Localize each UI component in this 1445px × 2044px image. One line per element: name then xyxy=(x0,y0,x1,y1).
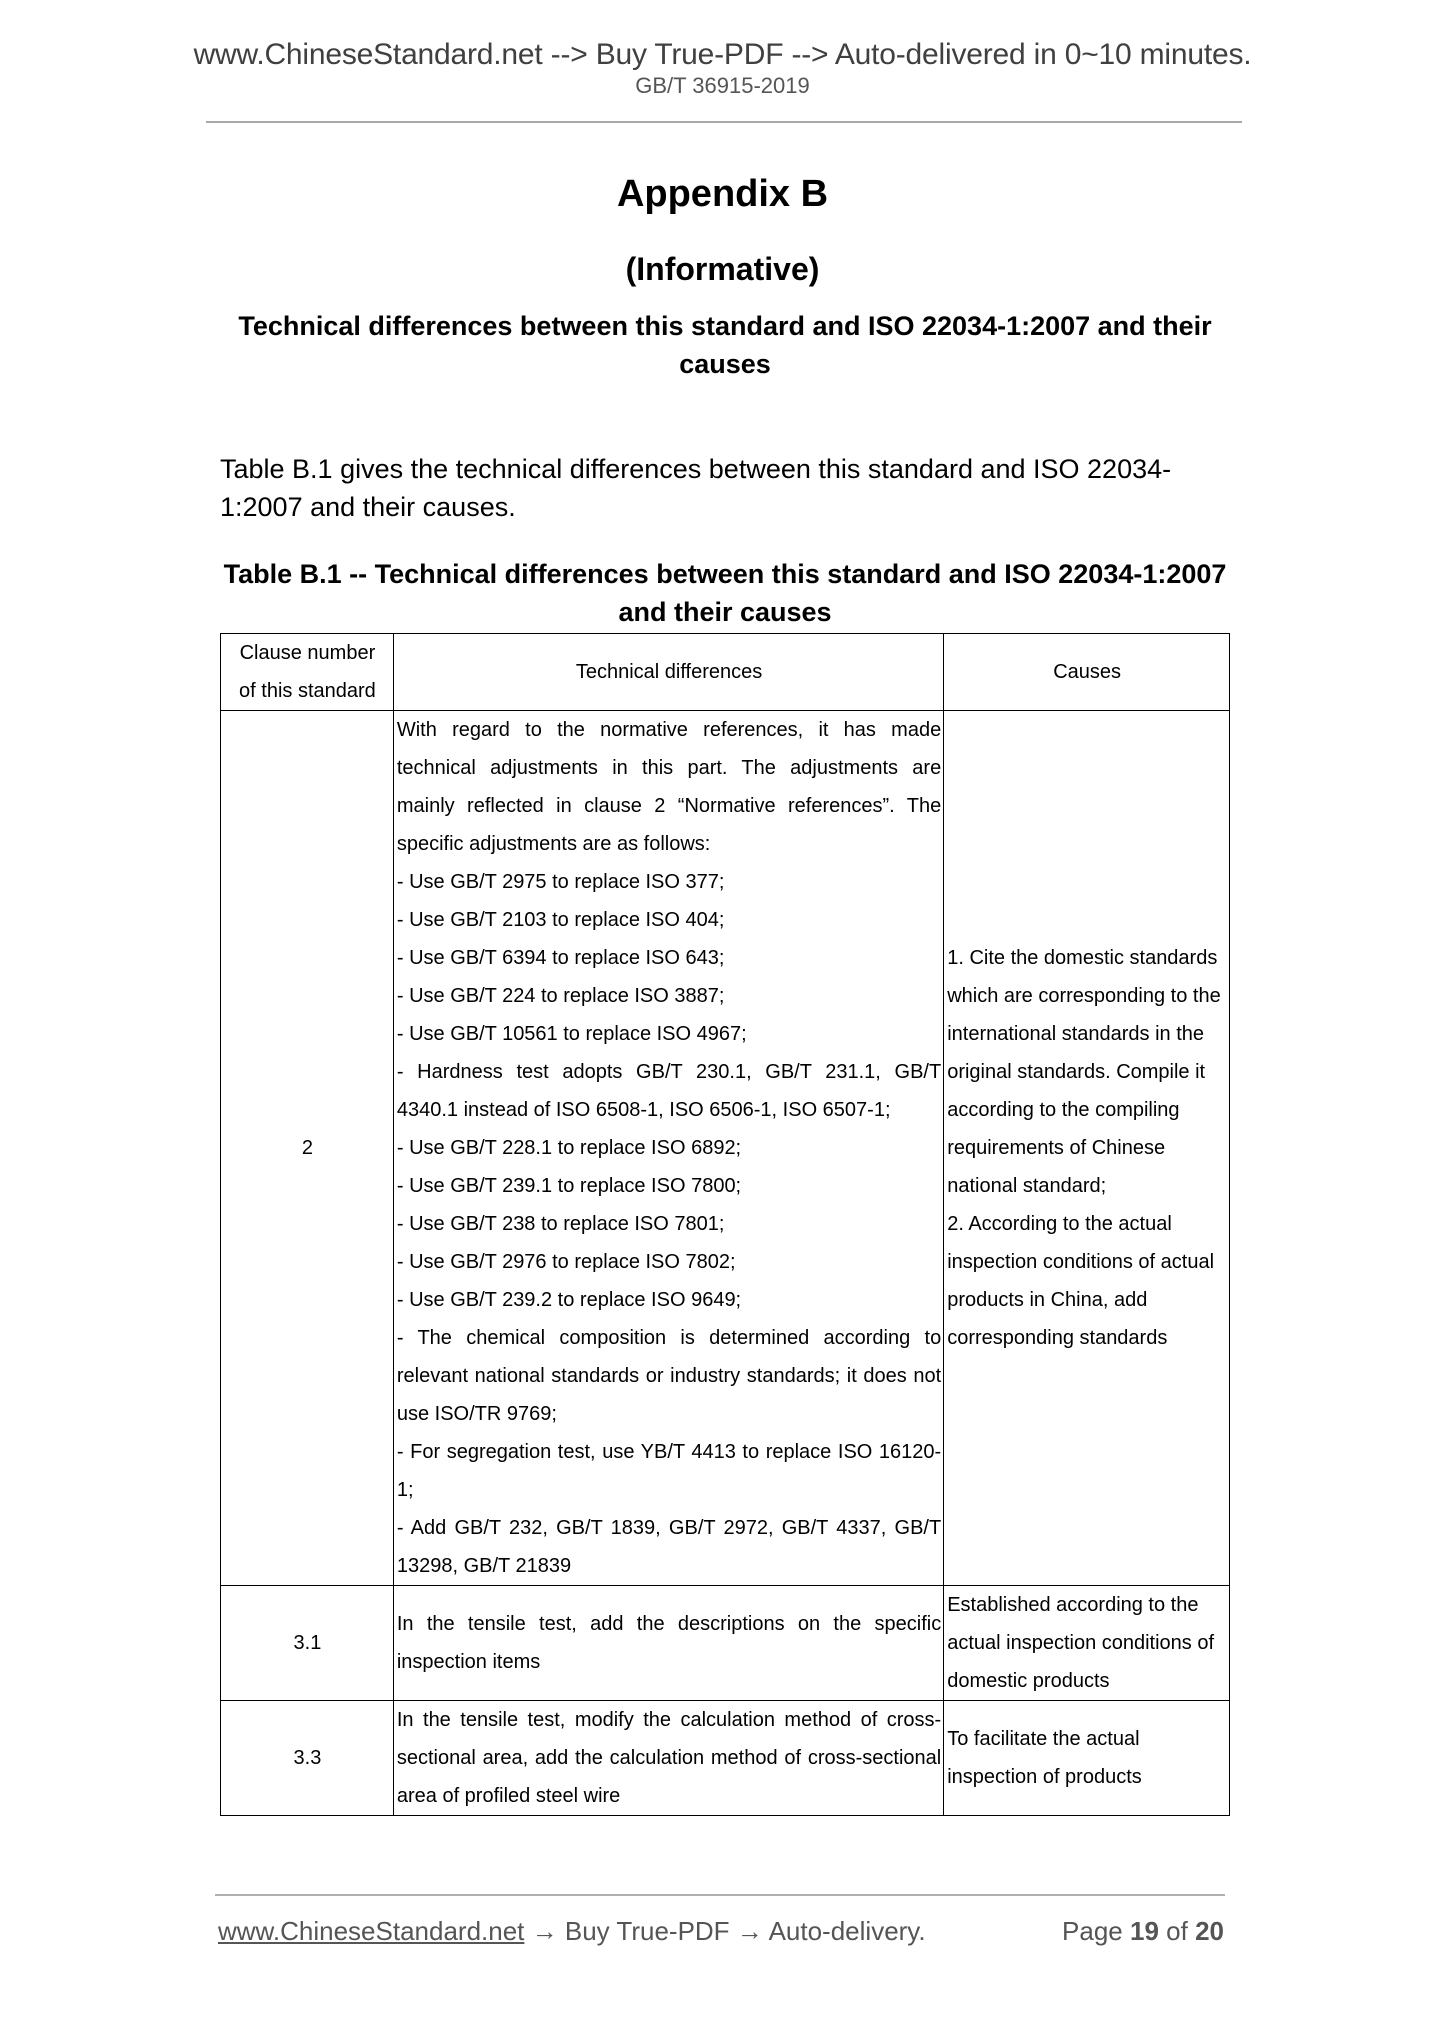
table-row: 2With regard to the normative references… xyxy=(221,711,1230,1586)
difference-item: - Use GB/T 2103 to replace ISO 404; xyxy=(397,901,941,939)
difference-item: - For segregation test, use YB/T 4413 to… xyxy=(397,1433,941,1509)
page-current: 19 xyxy=(1130,1916,1159,1946)
technical-differences-cell: With regard to the normative references,… xyxy=(393,711,943,1586)
footer-divider xyxy=(215,1894,1225,1896)
clause-number-cell: 2 xyxy=(221,711,394,1586)
technical-differences-cell: In the tensile test, add the description… xyxy=(393,1586,943,1701)
appendix-subtitle: Technical differences between this stand… xyxy=(220,307,1230,383)
difference-item: - Use GB/T 224 to replace ISO 3887; xyxy=(397,977,941,1015)
causes-cell: Established according to the actual insp… xyxy=(944,1586,1230,1701)
header-technical-differences: Technical differences xyxy=(393,634,943,711)
cause-item: Established according to the actual insp… xyxy=(947,1586,1227,1700)
appendix-title: Appendix B xyxy=(0,172,1445,216)
top-banner: www.ChineseStandard.net --> Buy True-PDF… xyxy=(0,38,1445,72)
header-clause-line1: Clause number xyxy=(224,634,391,672)
table-body: 2With regard to the normative references… xyxy=(221,711,1230,1816)
difference-item: - Use GB/T 2975 to replace ISO 377; xyxy=(397,863,941,901)
appendix-type: (Informative) xyxy=(0,250,1445,288)
difference-item: - Add GB/T 232, GB/T 1839, GB/T 2972, GB… xyxy=(397,1509,941,1585)
cause-item: 2. According to the actual inspection co… xyxy=(947,1205,1227,1357)
footer-website-link[interactable]: www.ChineseStandard.net xyxy=(218,1916,524,1946)
header-causes: Causes xyxy=(944,634,1230,711)
difference-item: - Use GB/T 239.1 to replace ISO 7800; xyxy=(397,1167,941,1205)
difference-item: With regard to the normative references,… xyxy=(397,711,941,863)
table-row: 3.3In the tensile test, modify the calcu… xyxy=(221,1701,1230,1816)
page-footer: www.ChineseStandard.net → Buy True-PDF →… xyxy=(218,1914,1224,1948)
table-header-row: Clause number of this standard Technical… xyxy=(221,634,1230,711)
page-indicator: Page 19 of 20 xyxy=(1062,1914,1224,1948)
difference-item: - Use GB/T 228.1 to replace ISO 6892; xyxy=(397,1129,941,1167)
intro-paragraph: Table B.1 gives the technical difference… xyxy=(220,450,1230,526)
document-code: GB/T 36915-2019 xyxy=(0,74,1445,98)
difference-item: - Use GB/T 239.2 to replace ISO 9649; xyxy=(397,1281,941,1319)
difference-item: - The chemical composition is determined… xyxy=(397,1319,941,1433)
difference-item: - Use GB/T 10561 to replace ISO 4967; xyxy=(397,1015,941,1053)
table-caption: Table B.1 -- Technical differences betwe… xyxy=(220,555,1230,631)
difference-item: - Use GB/T 2976 to replace ISO 7802; xyxy=(397,1243,941,1281)
cause-item: To facilitate the actual inspection of p… xyxy=(947,1720,1227,1796)
header-divider xyxy=(206,121,1242,123)
difference-item: In the tensile test, modify the calculat… xyxy=(397,1701,941,1815)
causes-cell: To facilitate the actual inspection of p… xyxy=(944,1701,1230,1816)
header-clause-line2: of this standard xyxy=(224,672,391,710)
header-clause-number: Clause number of this standard xyxy=(221,634,394,711)
clause-number-cell: 3.3 xyxy=(221,1701,394,1816)
page-total: 20 xyxy=(1195,1916,1224,1946)
difference-item: In the tensile test, add the description… xyxy=(397,1605,941,1681)
technical-differences-table: Clause number of this standard Technical… xyxy=(220,633,1230,1816)
table-row: 3.1In the tensile test, add the descript… xyxy=(221,1586,1230,1701)
difference-item: - Hardness test adopts GB/T 230.1, GB/T … xyxy=(397,1053,941,1129)
cause-item: 1. Cite the domestic standards which are… xyxy=(947,939,1227,1205)
footer-text: → Buy True-PDF → Auto-delivery. xyxy=(524,1916,925,1946)
causes-cell: 1. Cite the domestic standards which are… xyxy=(944,711,1230,1586)
difference-item: - Use GB/T 238 to replace ISO 7801; xyxy=(397,1205,941,1243)
page-of: of xyxy=(1166,1916,1188,1946)
page-label: Page xyxy=(1062,1916,1123,1946)
technical-differences-cell: In the tensile test, modify the calculat… xyxy=(393,1701,943,1816)
difference-item: - Use GB/T 6394 to replace ISO 643; xyxy=(397,939,941,977)
clause-number-cell: 3.1 xyxy=(221,1586,394,1701)
